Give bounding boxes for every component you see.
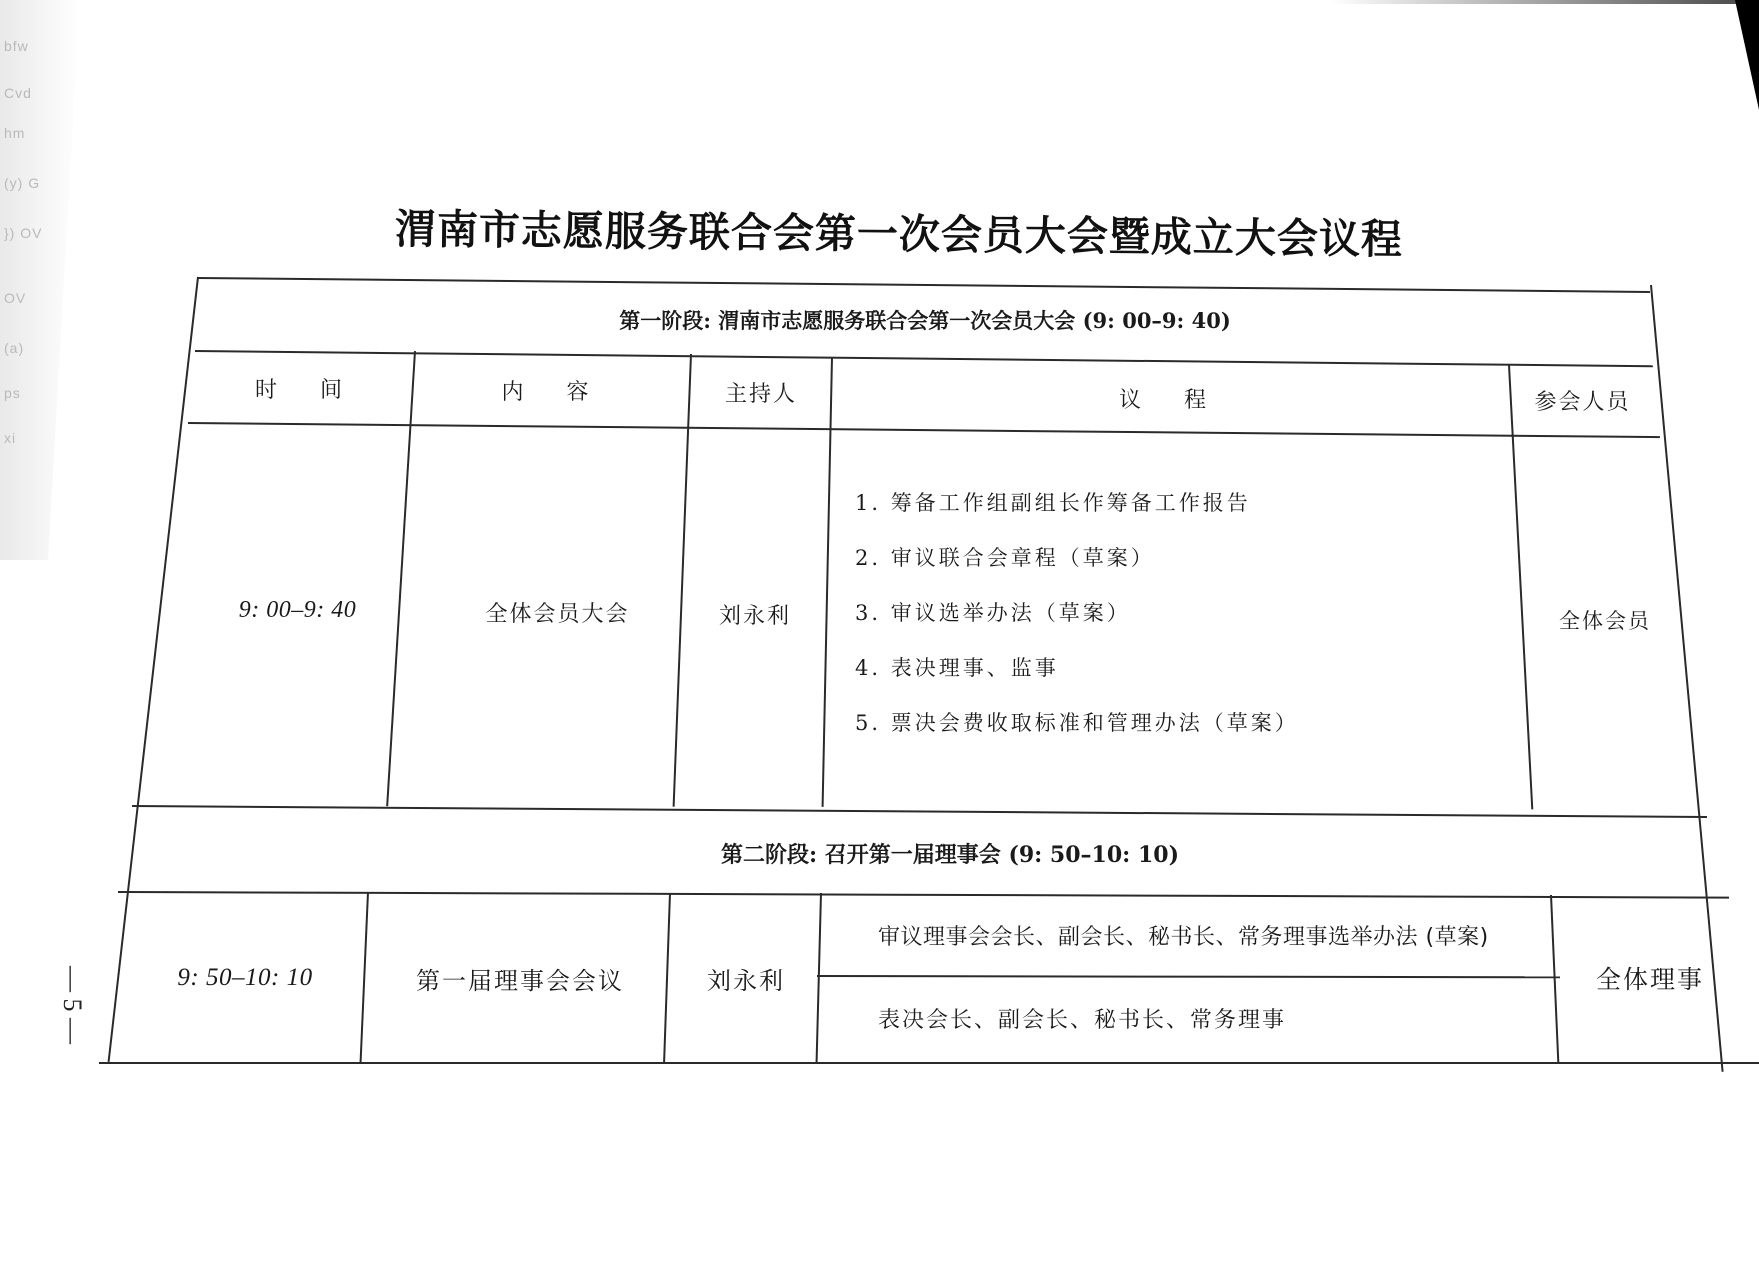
- table-frame-left: [108, 277, 199, 1062]
- phase-1-attendees: 全体会员: [1520, 590, 1690, 650]
- column-header-host: 主持人: [692, 362, 830, 422]
- col-divider: [1508, 365, 1533, 809]
- col-divider: [822, 357, 833, 807]
- phase-1-time: 9: 00–9: 40: [195, 580, 400, 640]
- table-rule-phase2-bottom: [118, 891, 1729, 899]
- column-header-agenda: 议 程: [834, 368, 1509, 428]
- phase-1-title: 第一阶段: 渭南市志愿服务联合会第一次会员大会 (9: 00–9: 40): [200, 290, 1650, 350]
- agenda-item: 1. 筹备工作组副组长作筹备工作报告: [855, 487, 1495, 542]
- table-rule-bottom: [99, 1062, 1759, 1064]
- agenda-item: 4. 表决理事、监事: [855, 652, 1495, 707]
- phase-2-agenda-item: 审议理事会会长、副会长、秘书长、常务理事选举办法 (草案): [878, 907, 1558, 963]
- phase-2-content: 第一届理事会会议: [370, 948, 670, 1008]
- phase-1-host: 刘永利: [690, 584, 820, 644]
- table-rule-body-bottom: [132, 805, 1707, 818]
- column-header-content: 内 容: [418, 360, 690, 420]
- phase-2-title: 第二阶段: 召开第一届理事会 (9: 50–10: 10): [200, 823, 1700, 883]
- table-rule-split: [817, 975, 1560, 978]
- phase-2-time: 9: 50–10: 10: [125, 948, 365, 1008]
- phase-2-agenda-item: 表决会长、副会长、秘书长、常务理事: [878, 990, 1558, 1046]
- phase-1-agenda-list: 1. 筹备工作组副组长作筹备工作报告 2. 审议联合会章程（草案） 3. 审议选…: [855, 487, 1495, 762]
- phase-2-attendees: 全体理事: [1565, 948, 1735, 1008]
- agenda-table: 第一阶段: 渭南市志愿服务联合会第一次会员大会 (9: 00–9: 40) 时 …: [0, 0, 1759, 1279]
- phase-2-host: 刘永利: [672, 948, 820, 1008]
- agenda-item: 5. 票决会费收取标准和管理办法（草案）: [855, 707, 1495, 762]
- column-header-time: 时 间: [200, 358, 415, 418]
- column-header-attendees: 参会人员: [1510, 370, 1655, 430]
- col-divider: [386, 351, 415, 806]
- phase-1-content: 全体会员大会: [420, 582, 695, 642]
- col-divider: [673, 354, 692, 807]
- agenda-item: 2. 审议联合会章程（草案）: [855, 542, 1495, 597]
- agenda-item: 3. 审议选举办法（草案）: [855, 597, 1495, 652]
